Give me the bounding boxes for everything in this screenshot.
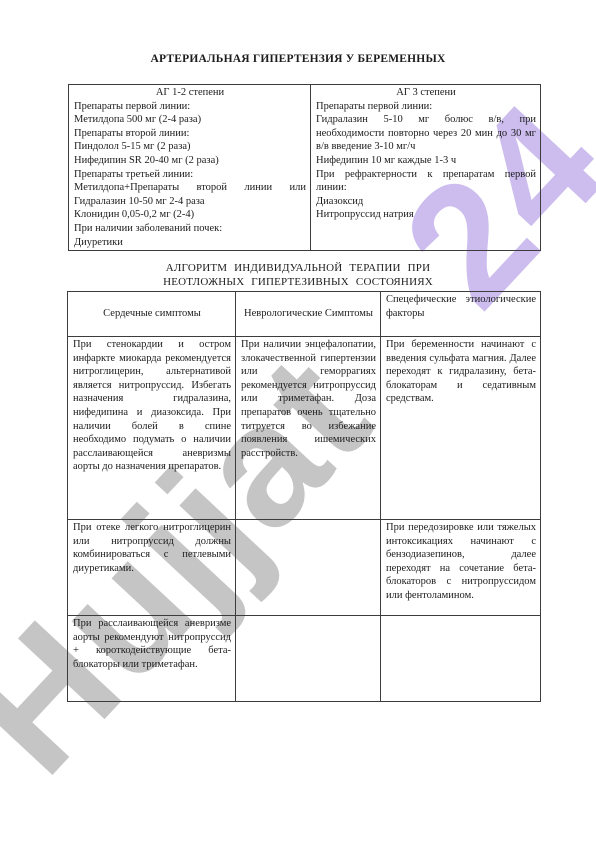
algorithm-table: Сердечные симптомы Неврологические Симпт…: [67, 291, 541, 702]
grade-3-line: Нифедипин 10 мг каждые 1-3 ч: [316, 154, 536, 168]
grade-1-2-header: АГ 1-2 степени: [74, 86, 306, 100]
algorithm-table-header-row: Сердечные симптомы Неврологические Симпт…: [68, 292, 541, 337]
cell-etiologic-1: При беременности начинают с введения сул…: [381, 337, 541, 520]
cell-cardiac-3: При расслаивающейся аневризме аорты реко…: [68, 616, 236, 702]
grade-3-line: При рефрактерности к препаратам первой л…: [316, 168, 536, 195]
table-row: При отеке легкого нитроглицерин или нитр…: [68, 520, 541, 616]
column-header-etiologic: Спецефические этиологические факторы: [381, 292, 541, 337]
grade-1-2-line: Метилдопа+Препараты второй линии или Гид…: [74, 181, 306, 208]
grade-1-2-line: Препараты третьей линии:: [74, 168, 306, 182]
grade-1-2-line: Препараты второй линии:: [74, 127, 306, 141]
cell-neurologic-3: [236, 616, 381, 702]
grade-3-line: Нитропруссид натрия: [316, 208, 536, 222]
grade-1-2-cell: АГ 1-2 степени Препараты первой линии: М…: [69, 85, 311, 251]
grade-1-2-line: Препараты первой линии:: [74, 100, 306, 114]
grade-1-2-line: Клонидин 0,05-0,2 мг (2-4): [74, 208, 306, 222]
cell-cardiac-2: При отеке легкого нитроглицерин или нитр…: [68, 520, 236, 616]
grade-1-2-line: Пиндолол 5-15 мг (2 раза): [74, 140, 306, 154]
grade-3-line: Диазоксид: [316, 195, 536, 209]
grade-3-line: Гидралазин 5-10 мг болюс в/в, при необхо…: [316, 113, 536, 154]
column-header-cardiac: Сердечные симптомы: [68, 292, 236, 337]
cell-neurologic-2: [236, 520, 381, 616]
algorithm-heading: АЛГОРИТМ ИНДИВИДУАЛЬНОЙ ТЕРАПИИ ПРИ НЕОТ…: [0, 262, 596, 289]
algorithm-heading-line1: АЛГОРИТМ ИНДИВИДУАЛЬНОЙ ТЕРАПИИ ПРИ: [0, 262, 596, 276]
grade-3-line: Препараты первой линии:: [316, 100, 536, 114]
grade-1-2-line: Нифедипин SR 20-40 мг (2 раза): [74, 154, 306, 168]
grade-1-2-line: Диуретики: [74, 236, 306, 250]
grade-3-cell: АГ 3 степени Препараты первой линии: Гид…: [311, 85, 541, 251]
grade-1-2-line: При наличии заболеваний почек:: [74, 222, 306, 236]
cell-etiologic-3: [381, 616, 541, 702]
table-row: При расслаивающейся аневризме аорты реко…: [68, 616, 541, 702]
grade-1-2-line: Метилдопа 500 мг (2-4 раза): [74, 113, 306, 127]
cell-etiologic-2: При передозировке или тяжелых интоксикац…: [381, 520, 541, 616]
algorithm-heading-line2: НЕОТЛОЖНЫХ ГИПЕРТЕЗИВНЫХ СОСТОЯНИЯХ: [0, 276, 596, 290]
grade-3-header: АГ 3 степени: [316, 86, 536, 100]
table-row: При стенокардии и остром инфаркте миокар…: [68, 337, 541, 520]
cell-neurologic-1: При наличии энцефалопатии, злокачественн…: [236, 337, 381, 520]
cell-cardiac-1: При стенокардии и остром инфаркте миокар…: [68, 337, 236, 520]
hypertension-grades-table: АГ 1-2 степени Препараты первой линии: М…: [68, 84, 541, 251]
column-header-neurologic: Неврологические Симптомы: [236, 292, 381, 337]
page-title: АРТЕРИАЛЬНАЯ ГИПЕРТЕНЗИЯ У БЕРЕМЕННЫХ: [0, 53, 596, 65]
